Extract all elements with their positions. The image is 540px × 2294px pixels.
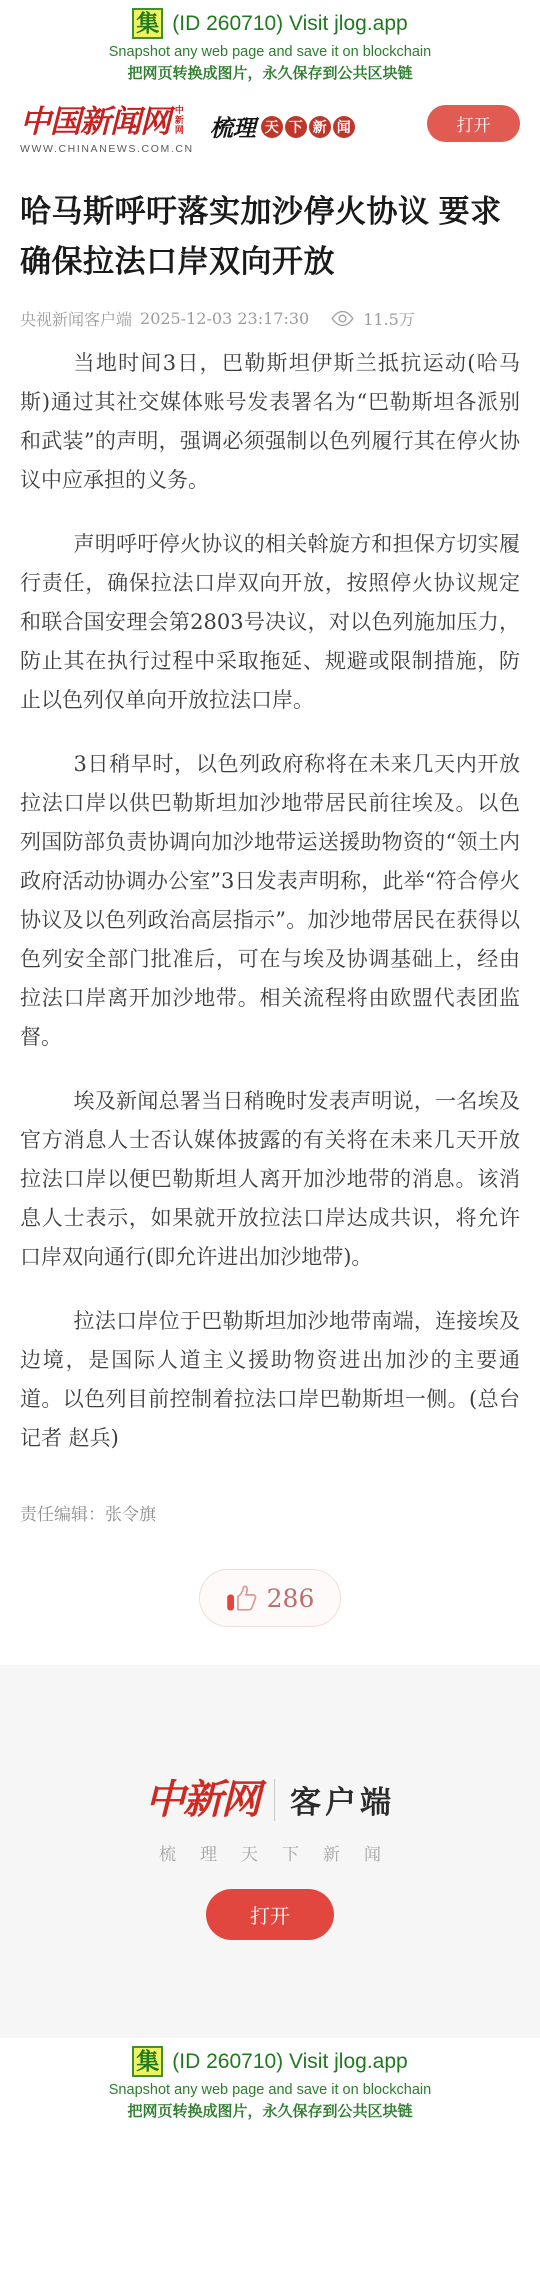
thumbs-up-icon: [226, 1584, 257, 1612]
ji-logo-icon: 集: [132, 2046, 163, 2077]
ad-subtitle-zh: 把网页转换成图片，永久保存到公共区块链: [0, 62, 540, 83]
logo-calligraphy-text: 中国新闻网: [20, 105, 170, 139]
ad-title: (ID 260710) Visit jlog.app: [172, 12, 407, 36]
tagline-circle-badge: 天: [261, 116, 283, 138]
like-section: 286: [0, 1569, 540, 1627]
paragraph: 拉法口岸位于巴勒斯坦加沙地带南端，连接埃及边境，是国际人道主义援助物资进出加沙的…: [20, 1302, 520, 1458]
tagline-circle-badge: 新: [309, 116, 331, 138]
paragraph: 声明呼吁停火协议的相关斡旋方和担保方切实履行责任，确保拉法口岸双向开放，按照停火…: [20, 525, 520, 720]
ad-subtitle-en: Snapshot any web page and save it on blo…: [0, 2082, 540, 2098]
footer-tagline: 梳理天下新闻: [0, 1840, 540, 1865]
ad-subtitle-en: Snapshot any web page and save it on blo…: [0, 44, 540, 60]
views-eye-icon: [331, 310, 354, 327]
ad-title: (ID 260710) Visit jlog.app: [172, 2050, 407, 2074]
article-source: 央视新闻客户端: [20, 307, 132, 330]
paragraph: 埃及新闻总署当日稍晚时发表声明说，一名埃及官方消息人士否认媒体披露的有关将在未来…: [20, 1082, 520, 1277]
view-count: 11.5万: [363, 307, 415, 330]
tagline-prefix: 梳理: [210, 110, 256, 143]
blockchain-ad-banner-top: 集 (ID 260710) Visit jlog.app Snapshot an…: [0, 0, 540, 93]
footer-logo-suffix: 客户端: [290, 1777, 395, 1822]
tagline-circle-badge: 闻: [333, 116, 355, 138]
tagline-circle-badge: 下: [285, 116, 307, 138]
paragraph: 当地时间3日，巴勒斯坦伊斯兰抵抗运动(哈马斯)通过其社交媒体账号发表署名为“巴勒…: [20, 344, 520, 500]
open-app-button-header[interactable]: 打开: [427, 105, 520, 142]
page: 集 (ID 260710) Visit jlog.app Snapshot an…: [0, 0, 540, 2131]
header-tagline: 梳理 天 下 新 闻: [210, 110, 355, 143]
ad-link[interactable]: 集 (ID 260710) Visit jlog.app: [132, 8, 407, 39]
article-title: 哈马斯呼吁落实加沙停火协议 要求确保拉法口岸双向开放: [20, 187, 520, 287]
editor-credit: 责任编辑：张令旗: [20, 1500, 520, 1525]
blockchain-ad-banner-bottom: 集 (ID 260710) Visit jlog.app Snapshot an…: [0, 2038, 540, 2131]
ad-subtitle-zh: 把网页转换成图片，永久保存到公共区块链: [0, 2100, 540, 2121]
paragraph: 3日稍早时，以色列政府称将在未来几天内开放拉法口岸以供巴勒斯坦加沙地带居民前往埃…: [20, 745, 520, 1057]
footer-logo-divider: [274, 1779, 275, 1821]
app-download-footer: 中新网 客户端 梳理天下新闻 打开: [0, 1665, 540, 2038]
article-datetime: 2025-12-03 23:17:30: [140, 309, 309, 328]
footer-logo: 中新网 客户端: [145, 1777, 395, 1822]
open-app-button-footer[interactable]: 打开: [206, 1889, 334, 1940]
article-body: 当地时间3日，巴勒斯坦伊斯兰抵抗运动(哈马斯)通过其社交媒体账号发表署名为“巴勒…: [20, 344, 520, 1458]
ad-link[interactable]: 集 (ID 260710) Visit jlog.app: [132, 2046, 407, 2077]
footer-logo-calligraphy: 中新网: [145, 1780, 259, 1820]
ji-logo-icon: 集: [132, 8, 163, 39]
like-count: 286: [267, 1584, 315, 1613]
chinanews-logo[interactable]: 中国新闻网 中新网 WWW.CHINANEWS.COM.CN: [20, 105, 194, 155]
site-header: 中国新闻网 中新网 WWW.CHINANEWS.COM.CN 梳理 天 下 新 …: [0, 93, 540, 171]
logo-side-text: 中新网: [173, 105, 183, 135]
logo-url: WWW.CHINANEWS.COM.CN: [20, 143, 194, 155]
like-button[interactable]: 286: [199, 1569, 341, 1627]
article-meta: 央视新闻客户端 2025-12-03 23:17:30 11.5万: [20, 307, 520, 330]
article: 哈马斯呼吁落实加沙停火协议 要求确保拉法口岸双向开放 央视新闻客户端 2025-…: [0, 187, 540, 1525]
